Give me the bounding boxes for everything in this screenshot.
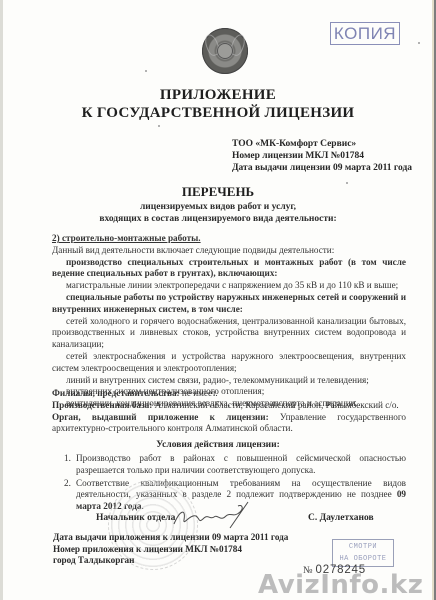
activities-intro: Данный вид деятельности включает следующ… — [52, 245, 406, 257]
list-subtitle-2: входящих в состав лицензируемого вида де… — [0, 214, 436, 224]
conditions-title: Условия действия лицензии: — [0, 440, 436, 450]
issuing-authority-label: Орган, выдавший приложение к лицензии: — [52, 412, 269, 422]
list-title: ПЕРЕЧЕНЬ — [0, 184, 436, 200]
branches-label: Филиалы, представительства: — [52, 388, 180, 398]
condition-number: 2. — [64, 478, 76, 513]
issuing-authority-row: Орган, выдавший приложение к лицензии: У… — [52, 412, 406, 436]
activity-item: линий и внутренних систем связи, радио-,… — [52, 375, 406, 387]
section-heading: 2) строительно-монтажные работы. — [52, 233, 406, 245]
signer-role: Начальник отдела — [96, 513, 175, 523]
copy-stamp: КОПИЯ — [330, 22, 400, 45]
condition-number: 1. — [64, 453, 76, 477]
condition-text: Производство работ в районах с повышенно… — [76, 453, 406, 477]
scan-speck — [145, 70, 147, 72]
activities-body: 2) строительно-монтажные работы. Данный … — [52, 233, 406, 410]
license-meta: Филиалы, представительства: не имеет. Пр… — [52, 388, 406, 435]
site-watermark: AvizInfo.kz — [258, 571, 423, 599]
license-issue-date: Дата выдачи лицензии 09 марта 2011 года — [232, 162, 412, 174]
state-emblem-icon — [202, 28, 248, 74]
list-subtitle-1: лицензируемых видов работ и услуг, — [0, 202, 436, 212]
activity-item: сетей холодного и горячего водоснабжения… — [52, 316, 406, 351]
signer-name: С. Даулетханов — [308, 513, 374, 523]
production-base-label: Производственная база: — [52, 400, 152, 410]
scan-speck — [346, 182, 348, 184]
scan-speck — [391, 360, 393, 362]
issue-city: город Талдыкорган — [53, 555, 288, 567]
footer-block: Дата выдачи приложения к лицензии 09 мар… — [53, 532, 288, 567]
license-info-block: ТОО «МК-Комфорт Сервис» Номер лицензии М… — [232, 138, 412, 174]
document-page: КОПИЯ ПРИЛОЖЕНИЕ К ГОСУДАРСТВЕННОЙ ЛИЦЕН… — [0, 0, 436, 600]
signature-icon — [170, 500, 255, 532]
scan-speck — [418, 42, 420, 44]
branches-value: не имеет. — [180, 388, 218, 398]
license-number: Номер лицензии МКЛ №01784 — [232, 150, 412, 162]
document-title-line2: К ГОСУДАРСТВЕННОЙ ЛИЦЕНЗИИ — [0, 105, 436, 122]
condition-item: 1. Производство работ в районах с повыше… — [64, 453, 406, 477]
company-name: ТОО «МК-Комфорт Сервис» — [232, 138, 412, 150]
appendix-number: Номер приложения к лицензии МКЛ №01784 — [53, 544, 288, 556]
branches-row: Филиалы, представительства: не имеет. — [52, 388, 406, 400]
see-reverse-line1: СМОТРИ — [333, 541, 393, 553]
production-base-value: Алматинский области, Карасайский район, … — [152, 400, 398, 410]
scan-speck — [158, 125, 160, 127]
activity-item: магистральные линии электропередачи с на… — [52, 280, 406, 292]
appendix-issue-date: Дата выдачи приложения к лицензии 09 мар… — [53, 532, 288, 544]
production-base-row: Производственная база: Алматинский облас… — [52, 400, 406, 412]
see-reverse-stamp: СМОТРИ НА ОБОРОТЕ — [332, 539, 394, 567]
document-title-line1: ПРИЛОЖЕНИЕ — [0, 87, 436, 104]
activity-item: сетей электроснабжения и устройства нару… — [52, 351, 406, 375]
emblem-center — [217, 43, 233, 59]
subtype-special-works: производство специальных строительных и … — [52, 257, 406, 281]
subtype-engineering-networks: специальные работы по устройству наружны… — [52, 292, 406, 316]
